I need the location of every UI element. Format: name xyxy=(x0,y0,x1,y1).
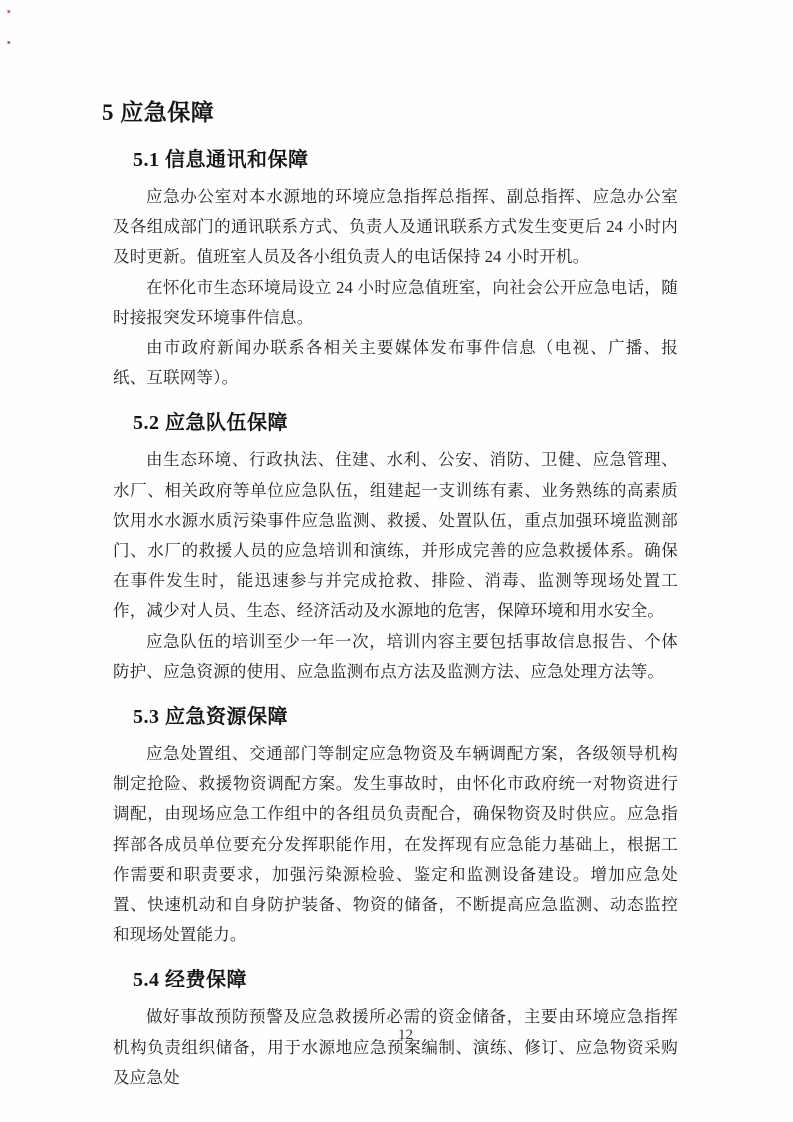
body-paragraph: 应急处置组、交通部门等制定应急物资及车辆调配方案，各级领导机构制定抢险、救援物资… xyxy=(113,739,678,950)
page-number: 12 xyxy=(0,1027,793,1044)
section-heading-5-4: 5.4 经费保障 xyxy=(133,965,678,995)
red-speck-icon: ▪ xyxy=(6,7,11,18)
chapter-heading: 5 应急保障 xyxy=(102,96,678,130)
page-content: 5 应急保障 5.1 信息通讯和保障 应急办公室对本水源地的环境应急指挥总指挥、… xyxy=(113,96,678,1093)
section-heading-5-2: 5.2 应急队伍保障 xyxy=(133,408,678,438)
body-paragraph: 在怀化市生态环境局设立 24 小时应急值班室，向社会公开应急电话，随时接报突发环… xyxy=(113,273,678,333)
body-paragraph: 由生态环境、行政执法、住建、水利、公安、消防、卫健、应急管理、水厂、相关政府等单… xyxy=(113,445,678,626)
body-paragraph: 应急办公室对本水源地的环境应急指挥总指挥、副总指挥、应急办公室及各组成部门的通讯… xyxy=(113,182,678,273)
document-page: ▪ ▪ 5 应急保障 5.1 信息通讯和保障 应急办公室对本水源地的环境应急指挥… xyxy=(0,0,793,1122)
body-paragraph: 做好事故预防预警及应急救援所必需的资金储备，主要由环境应急指挥机构负责组织储备，… xyxy=(113,1002,678,1093)
red-speck-icon: ▪ xyxy=(6,38,11,49)
section-heading-5-3: 5.3 应急资源保障 xyxy=(133,702,678,732)
body-paragraph: 应急队伍的培训至少一年一次，培训内容主要包括事故信息报告、个体防护、应急资源的使… xyxy=(113,627,678,687)
body-paragraph: 由市政府新闻办联系各相关主要媒体发布事件信息（电视、广播、报纸、互联网等）。 xyxy=(113,333,678,393)
section-heading-5-1: 5.1 信息通讯和保障 xyxy=(133,145,678,175)
